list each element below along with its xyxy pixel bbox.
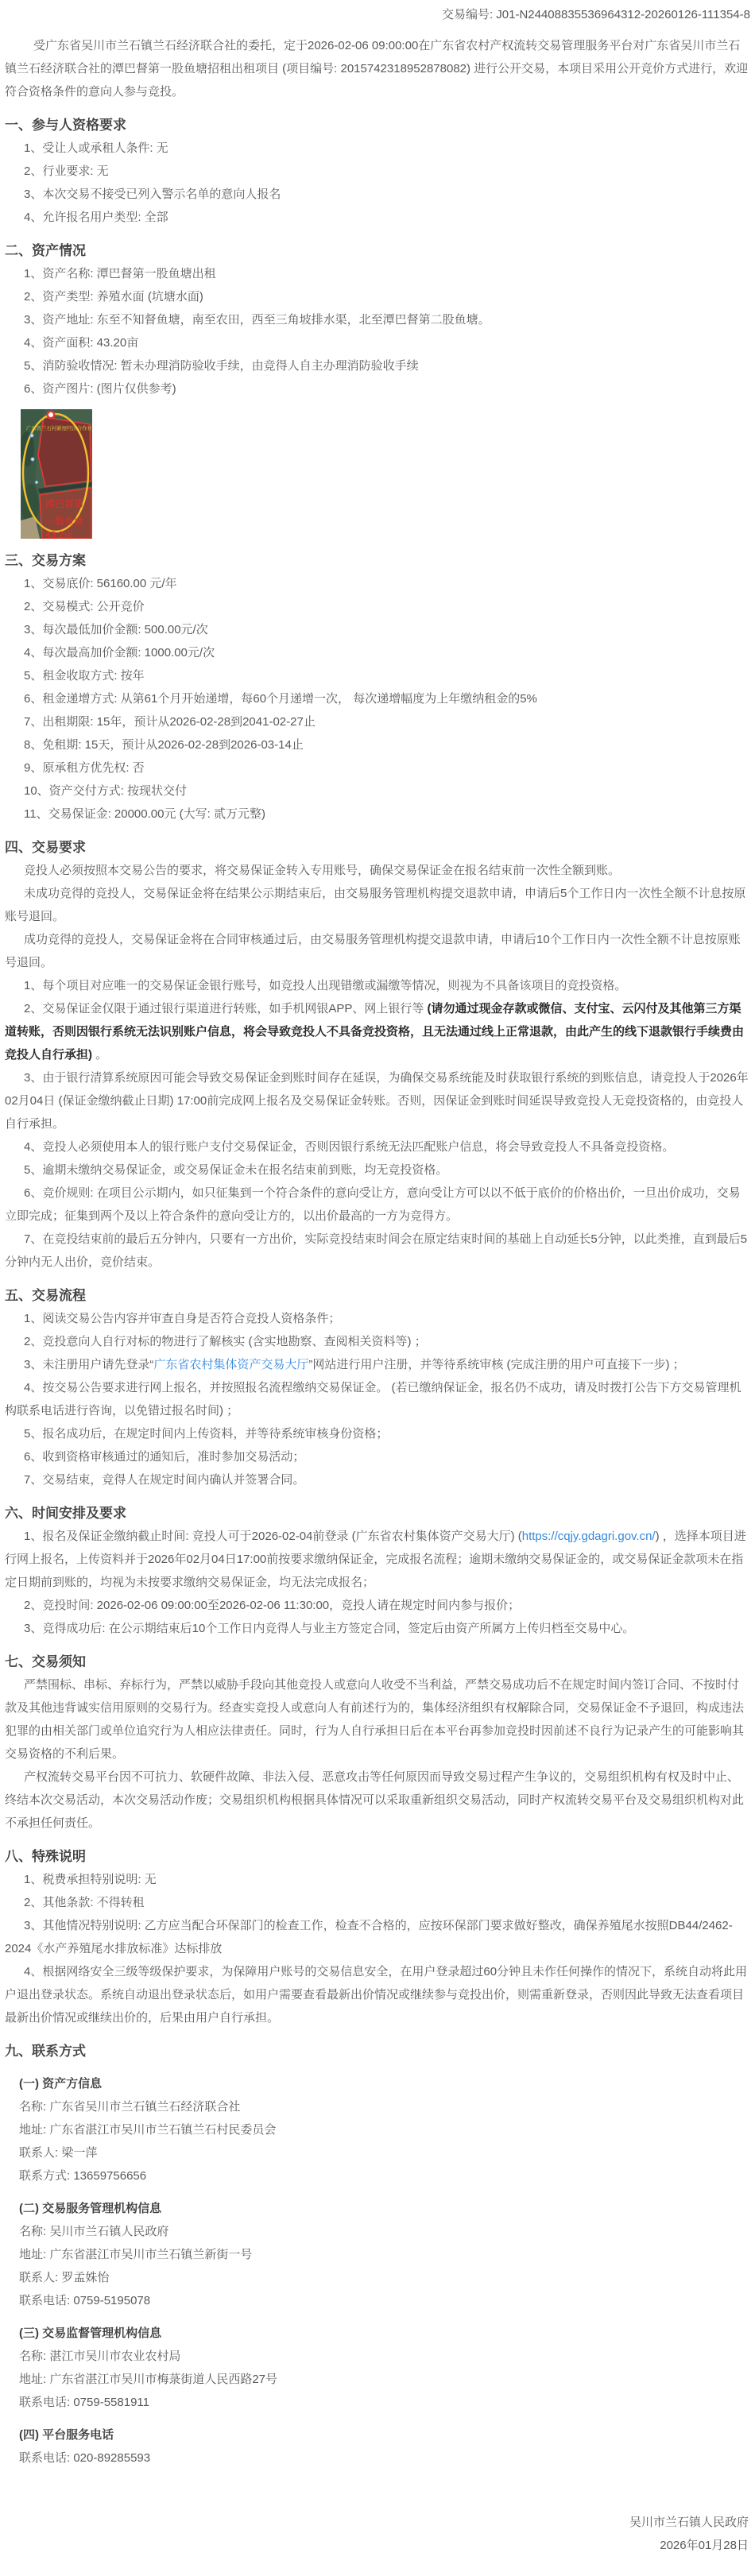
list-item: 3、未注册用户请先登录“广东省农村集体资产交易大厅”网站进行用户注册，并等待系统… [5, 1353, 750, 1376]
list-item: 5、逾期未缴纳交易保证金，或交易保证金未在报名结束前到账，均无竞投资格。 [5, 1158, 750, 1182]
text-run: 。 [95, 1048, 107, 1062]
list-item: 3、资产地址: 东至不知督鱼塘，南至农田，西至三角坡排水渠，北至潭巴督第二股鱼塘… [5, 308, 750, 331]
list-item: 5、报名成功后，在规定时间内上传资料，并等待系统审核身份资格； [5, 1422, 750, 1445]
list-item: 4、按交易公告要求进行网上报名，并按照报名流程缴纳交易保证金。 (若已缴纳保证金… [5, 1376, 750, 1422]
list-item: 4、每次最高加价金额: 1000.00元/次 [5, 641, 750, 664]
list-item: 2、资产类型: 养殖水面 (坑塘水面) [5, 285, 750, 308]
contact-group-title-supervision-org: (三) 交易监督管理机构信息 [5, 2322, 750, 2345]
contact-line: 联系方式: 13659756656 [5, 2164, 750, 2187]
list-item: 2、竞投时间: 2026-02-06 09:00:00至2026-02-06 1… [5, 1594, 750, 1617]
list-item: 4、资产面积: 43.20亩 [5, 331, 750, 354]
list-item: 1、税费承担特别说明: 无 [5, 1868, 750, 1891]
list-item: 2、交易模式: 公开竞价 [5, 595, 750, 618]
text-run: ”网站进行用户注册，并等待系统审核 (完成注册的用户可直接下一步) ； [308, 1358, 684, 1371]
contact-line: 联系人: 梁一萍 [5, 2141, 750, 2164]
list-item: 8、免租期: 15天，预计从2026-02-28到2026-03-14止 [5, 733, 750, 756]
list-item: 6、资产图片: (图片仅供参考) [5, 377, 750, 400]
list-item: 6、租金递增方式: 从第61个月开始递增，每60个月递增一次， 每次递增幅度为上… [5, 687, 750, 710]
intro-paragraph: 受广东省吴川市兰石镇兰石经济联合社的委托，定于2026-02-06 09:00:… [5, 34, 750, 103]
section-title-process: 五、交易流程 [5, 1284, 750, 1307]
signature-org: 吴川市兰石镇人民政府 [5, 2511, 749, 2534]
list-item: 3、本次交易不接受已列入警示名单的意向人报名 [5, 183, 750, 206]
list-item: 1、受让人或承租人条件: 无 [5, 137, 750, 160]
contact-line: 联系人: 罗孟姝怡 [5, 2266, 750, 2289]
contact-group-title-service-org: (二) 交易服务管理机构信息 [5, 2197, 750, 2220]
section-title-plan: 三、交易方案 [5, 549, 750, 572]
map-label-pond-name-2: 一股鱼塘 [45, 515, 83, 527]
platform-url-link[interactable]: https://cqjy.gdagri.gov.cn/ [522, 1530, 656, 1543]
asset-image: 广东省兰石村新屋经济合作社 潭巴督第 一股鱼塘 43.2亩 [21, 409, 92, 539]
list-item: 2、其他条款: 不得转租 [5, 1891, 750, 1914]
list-item: 6、收到资格审核通过的通知后，准时参加交易活动； [5, 1445, 750, 1468]
list-item: 3、竞得成功后: 在公示期结束后10个工作日内竞得人与业主方签定合同，签定后由资… [5, 1617, 750, 1640]
paragraph: 成功竞得的竞投人，交易保证金将在合同审核通过后，由交易服务管理机构提交退款申请，… [5, 928, 750, 974]
list-item: 2、竞投意向人自行对标的物进行了解核实 (含实地勘察、查阅相关资料等) ； [5, 1330, 750, 1353]
text-run: 2、交易保证金仅限于通过银行渠道进行转账，如手机网银APP、网上银行等 [24, 1002, 428, 1015]
contact-line: 地址: 广东省湛江市吴川市兰石镇兰新街一号 [5, 2243, 750, 2266]
list-item: 3、其他情况特别说明: 乙方应当配合环保部门的检查工作，检查不合格的，应按环保部… [5, 1914, 750, 1960]
signature-block: 吴川市兰石镇人民政府 2026年01月28日 [5, 2511, 750, 2557]
contact-line: 名称: 吴川市兰石镇人民政府 [5, 2220, 750, 2243]
section-title-asset: 二、资产情况 [5, 239, 750, 262]
map-label-area: 43.2亩 [45, 529, 73, 539]
map-label-cooperative: 广东省兰石村新屋经济合作社 [26, 424, 92, 431]
list-item: 6、竞价规则: 在项目公示期内，如只征集到一个符合条件的意向受让方，意向受让方可… [5, 1182, 750, 1228]
trading-hall-link[interactable]: 广东省农村集体资产交易大厅 [153, 1358, 308, 1371]
signature-date: 2026年01月28日 [5, 2534, 749, 2557]
list-item: 4、根据网络安全三级等级保护要求，为保障用户账号的交易信息安全，在用户登录超过6… [5, 1960, 750, 2029]
trade-number: 交易编号: J01-N24408835536964312-20260126-11… [5, 5, 750, 23]
announcement-page: 交易编号: J01-N24408835536964312-20260126-11… [0, 0, 755, 2576]
section-title-special: 八、特殊说明 [5, 1845, 750, 1868]
map-marker-icon [30, 434, 33, 437]
contact-line: 名称: 湛江市吴川市农业农村局 [5, 2345, 750, 2368]
list-item: 1、每个项目对应唯一的交易保证金银行账号，如竞投人出现错缴或漏缴等情况，则视为不… [5, 974, 750, 997]
list-item: 7、交易结束，竞得人在规定时间内确认并签署合同。 [5, 1468, 750, 1491]
list-item: 11、交易保证金: 20000.00元 (大写: 贰万元整) [5, 803, 750, 826]
list-item: 5、租金收取方式: 按年 [5, 664, 750, 687]
list-item: 5、消防验收情况: 暂未办理消防验收手续，由竞得人自主办理消防验收手续 [5, 354, 750, 377]
satellite-map-image: 广东省兰石村新屋经济合作社 潭巴督第 一股鱼塘 43.2亩 [21, 409, 92, 539]
section-title-contact: 九、联系方式 [5, 2040, 750, 2063]
list-item: 1、阅读交易公告内容并审查自身是否符合竞投人资格条件； [5, 1307, 750, 1330]
paragraph: 产权流转交易平台因不可抗力、软硬件故障、非法入侵、恶意攻击等任何原因而导致交易过… [5, 1766, 750, 1835]
contact-line: 地址: 广东省湛江市吴川市梅菉街道人民西路27号 [5, 2368, 750, 2391]
contact-group-title-asset-owner: (一) 资产方信息 [5, 2072, 750, 2095]
contact-group-title-platform-phone: (四) 平台服务电话 [5, 2423, 750, 2446]
contact-line: 联系电话: 0759-5195078 [5, 2289, 750, 2312]
paragraph: 未成功竞得的竞投人，交易保证金将在结果公示期结束后，由交易服务管理机构提交退款申… [5, 882, 750, 928]
list-item: 3、每次最低加价金额: 500.00元/次 [5, 618, 750, 641]
section-title-notice: 七、交易须知 [5, 1650, 750, 1673]
list-item: 9、原承租方优先权: 否 [5, 756, 750, 779]
contact-line: 地址: 广东省湛江市吴川市兰石镇兰石村民委员会 [5, 2118, 750, 2141]
text-run: 3、未注册用户请先登录“ [24, 1358, 153, 1371]
list-item: 7、在竞投结束前的最后五分钟内，只要有一方出价，实际竞投结束时间会在原定结束时间… [5, 1228, 750, 1274]
map-marker-icon [35, 481, 38, 484]
list-item: 4、竞投人必须使用本人的银行账户支付交易保证金，否则因银行系统无法匹配账户信息，… [5, 1135, 750, 1158]
contact-line: 联系电话: 020-89285593 [5, 2446, 750, 2470]
list-item: 1、资产名称: 潭巴督第一股鱼塘出租 [5, 262, 750, 285]
map-label-pond-name-1: 潭巴督第 [45, 497, 83, 509]
list-item: 1、报名及保证金缴纳截止时间: 竞投人可于2026-02-04前登录 (广东省农… [5, 1525, 750, 1594]
contact-line: 名称: 广东省吴川市兰石镇兰石经济联合社 [5, 2095, 750, 2118]
section-title-schedule: 六、时间安排及要求 [5, 1502, 750, 1525]
paragraph: 竞投人必须按照本交易公告的要求，将交易保证金转入专用账号，确保交易保证金在报名结… [5, 859, 750, 882]
paragraph: 严禁围标、串标、弃标行为，严禁以威胁手段向其他竞投人或意向人收受不当利益，严禁交… [5, 1673, 750, 1766]
contact-line: 联系电话: 0759-5581911 [5, 2391, 750, 2414]
section-title-qualification: 一、参与人资格要求 [5, 114, 750, 137]
list-item: 4、允许报名用户类型: 全部 [5, 206, 750, 229]
list-item: 1、交易底价: 56160.00 元/年 [5, 572, 750, 595]
list-item: 3、由于银行清算系统原因可能会导致交易保证金到账时间存在延误，为确保交易系统能及… [5, 1066, 750, 1135]
list-item: 10、资产交付方式: 按现状交付 [5, 779, 750, 803]
list-item: 7、出租期限: 15年，预计从2026-02-28到2041-02-27止 [5, 710, 750, 733]
location-pin-icon [48, 412, 54, 418]
section-title-requirements: 四、交易要求 [5, 836, 750, 859]
text-run: 1、报名及保证金缴纳截止时间: 竞投人可于2026-02-04前登录 (广东省农… [24, 1530, 522, 1543]
map-marker-icon [31, 458, 34, 461]
list-item: 2、交易保证金仅限于通过银行渠道进行转账，如手机网银APP、网上银行等 (请勿通… [5, 997, 750, 1066]
list-item: 2、行业要求: 无 [5, 160, 750, 183]
